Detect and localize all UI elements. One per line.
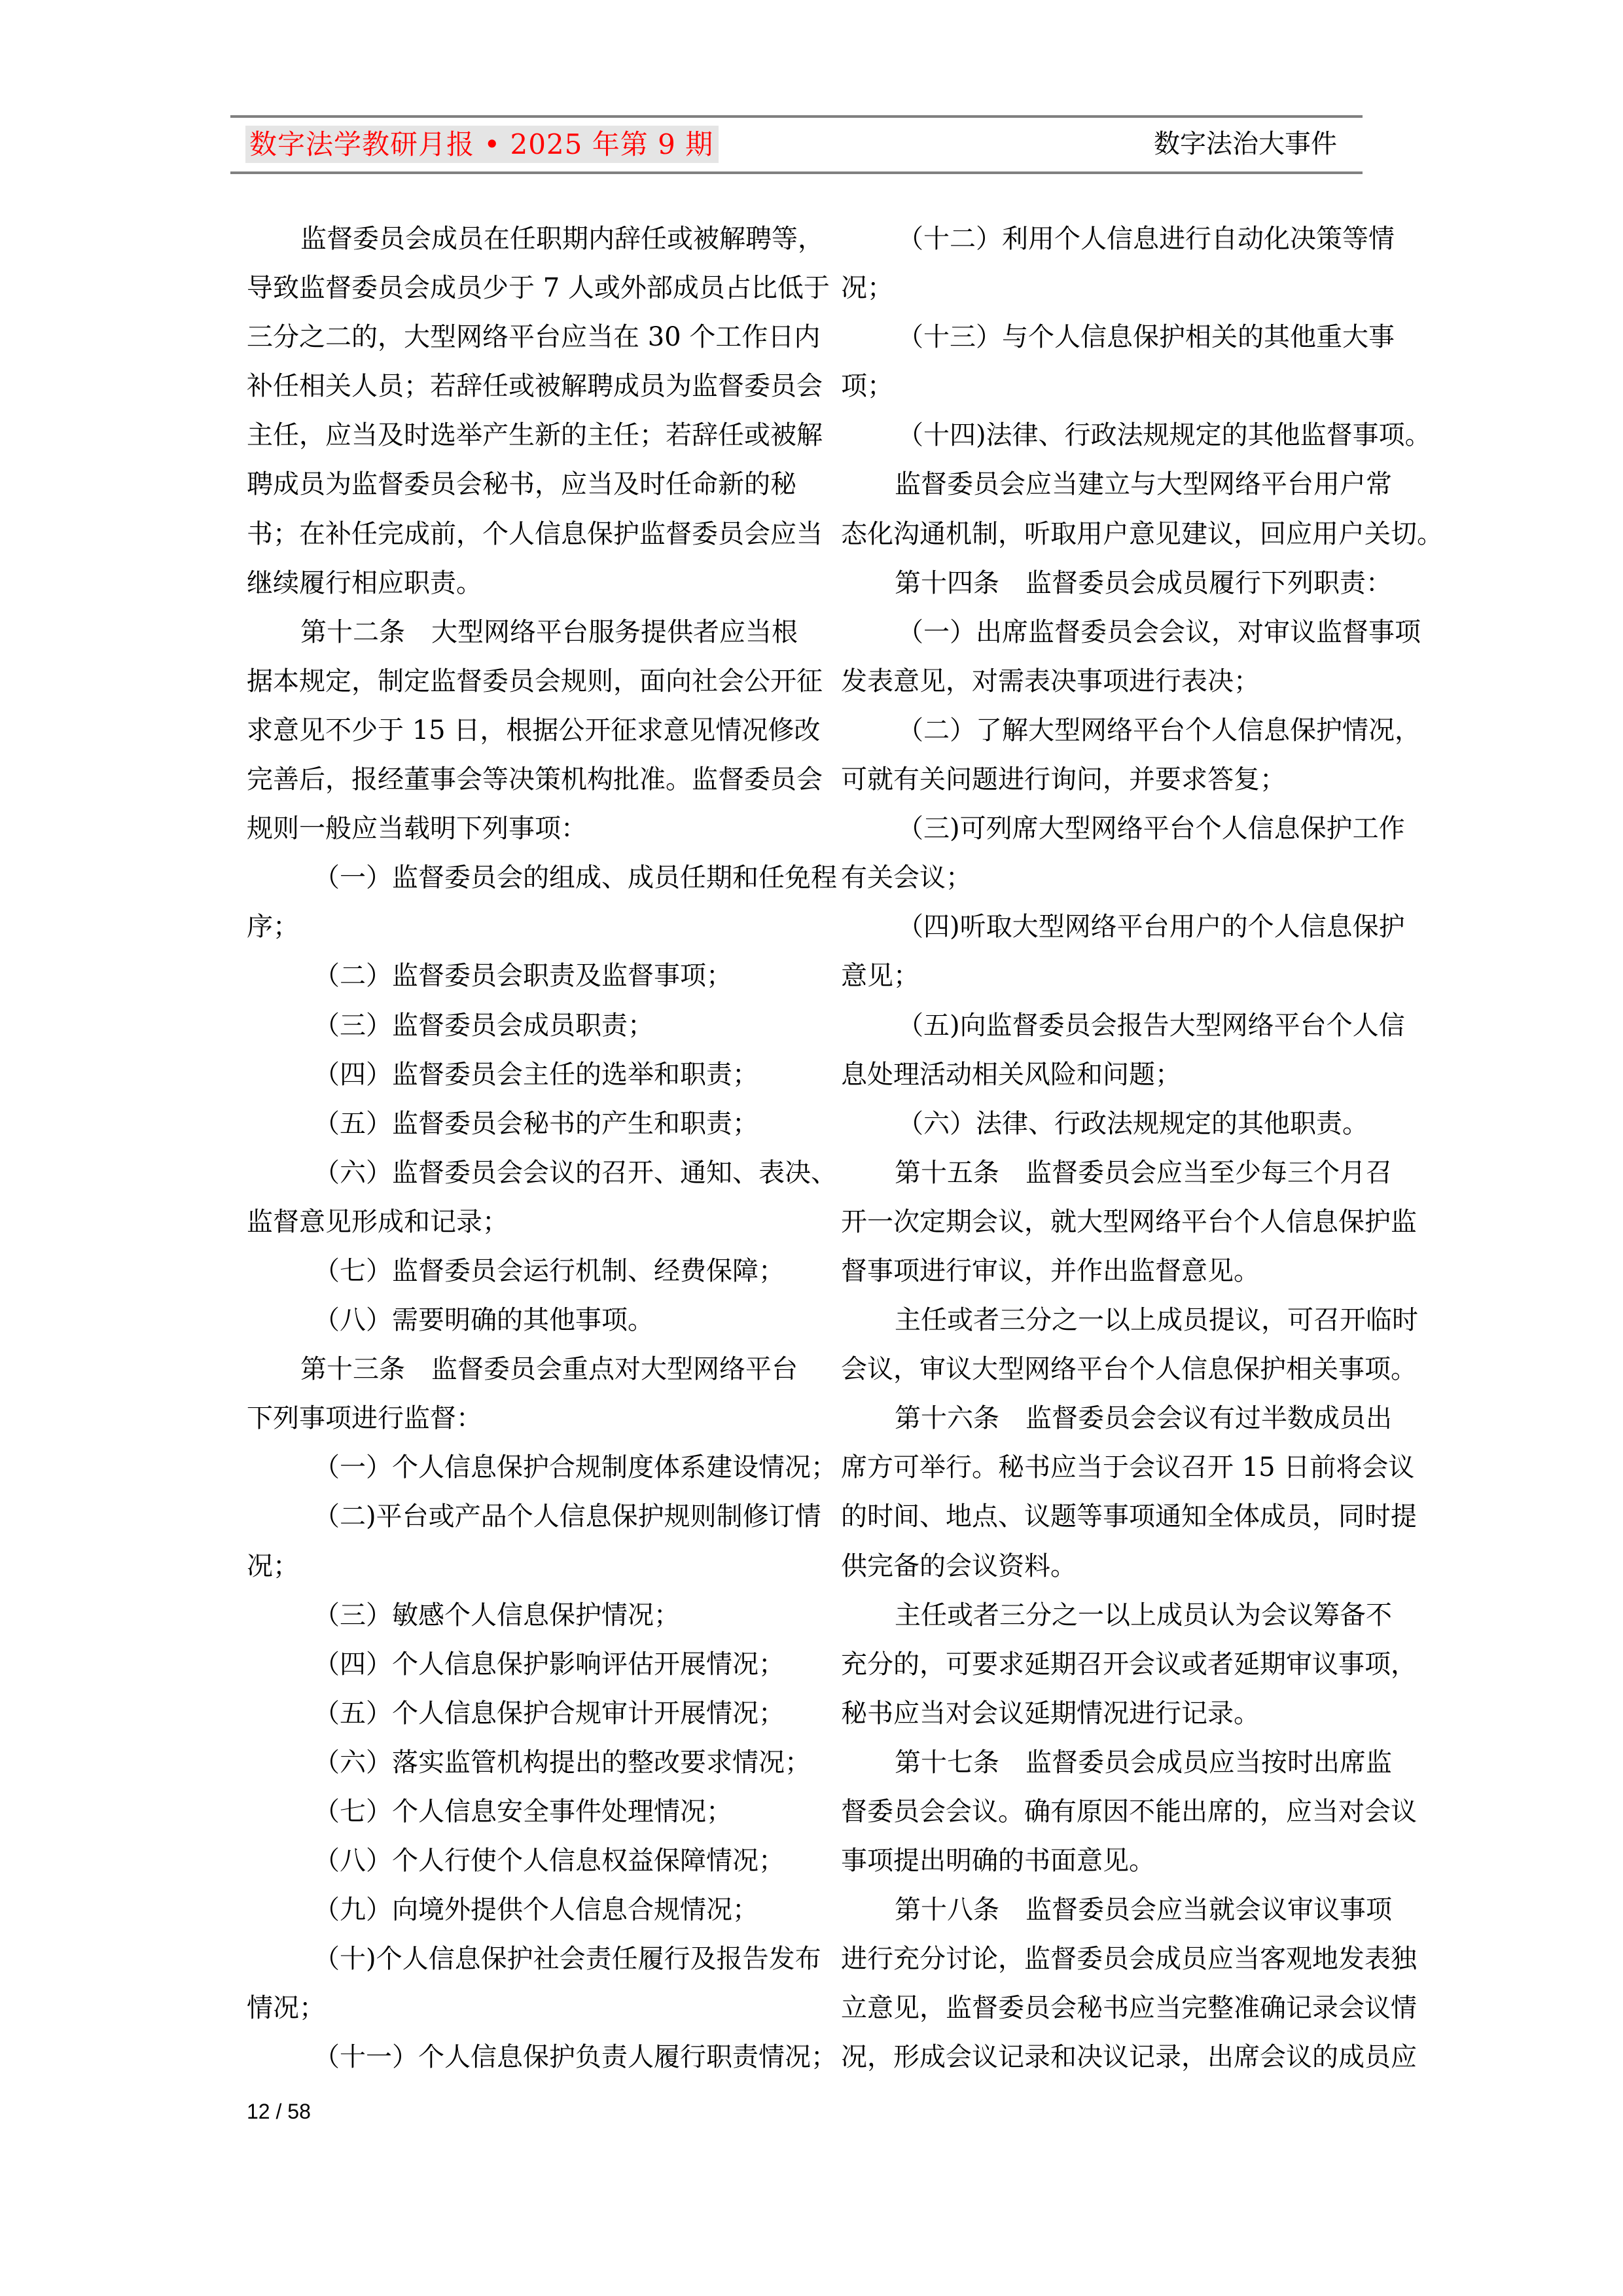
text-line: （三）监督委员会成员职责； xyxy=(247,1009,790,1058)
text-line: （三）敏感个人信息保护情况； xyxy=(247,1598,790,1647)
text-line: （一）出席监督委员会会议，对审议监督事项 xyxy=(841,615,1364,664)
text-line: （六）法律、行政法规规定的其他职责。 xyxy=(841,1107,1364,1156)
text-line: 主任，应当及时选举产生新的主任；若辞任或被解 xyxy=(247,418,790,467)
page-number: 12 / 58 xyxy=(247,2100,311,2123)
text-line: 有关会议； xyxy=(841,861,1364,910)
text-line: 聘成员为监督委员会秘书，应当及时任命新的秘 xyxy=(247,467,790,516)
header-rule-top xyxy=(230,115,1363,118)
right-column: （十二）利用个人信息进行自动化决策等情况；（十三）与个人信息保护相关的其他重大事… xyxy=(841,222,1364,2090)
text-line: 项； xyxy=(841,369,1364,418)
text-line: 继续履行相应职责。 xyxy=(247,566,790,615)
text-line: （四)听取大型网络平台用户的个人信息保护 xyxy=(841,910,1364,959)
text-line: （四）个人信息保护影响评估开展情况； xyxy=(247,1647,790,1696)
section-title: 数字法治大事件 xyxy=(1154,126,1337,163)
text-line: 第十四条 监督委员会成员履行下列职责： xyxy=(841,566,1364,615)
text-line: 书；在补任完成前，个人信息保护监督委员会应当 xyxy=(247,517,790,566)
text-line: 第十二条 大型网络平台服务提供者应当根 xyxy=(247,615,790,664)
text-line: 三分之二的，大型网络平台应当在 30 个工作日内 xyxy=(247,320,790,369)
text-line: 况； xyxy=(841,271,1364,320)
text-line: （十)个人信息保护社会责任履行及报告发布 xyxy=(247,1942,790,1991)
text-line: 下列事项进行监督： xyxy=(247,1401,790,1450)
text-line: 督委员会会议。确有原因不能出席的，应当对会议 xyxy=(841,1795,1364,1844)
text-line: 主任或者三分之一以上成员认为会议筹备不 xyxy=(841,1598,1364,1647)
text-line: （十一）个人信息保护负责人履行职责情况； xyxy=(247,2040,790,2089)
text-line: 意见； xyxy=(841,959,1364,1008)
text-line: 据本规定，制定监督委员会规则，面向社会公开征 xyxy=(247,664,790,713)
text-line: 进行充分讨论，监督委员会成员应当客观地发表独 xyxy=(841,1942,1364,1991)
text-line: （五）个人信息保护合规审计开展情况； xyxy=(247,1696,790,1746)
text-line: （八）需要明确的其他事项。 xyxy=(247,1303,790,1352)
text-line: （十三）与个人信息保护相关的其他重大事 xyxy=(841,320,1364,369)
text-line: （九）向境外提供个人信息合规情况； xyxy=(247,1893,790,1942)
text-line: 规则一般应当载明下列事项： xyxy=(247,812,790,861)
text-line: 求意见不少于 15 日，根据公开征求意见情况修改 xyxy=(247,713,790,762)
text-line: （六）监督委员会会议的召开、通知、表决、 xyxy=(247,1156,790,1205)
text-line: 会议，审议大型网络平台个人信息保护相关事项。 xyxy=(841,1352,1364,1401)
text-line: 导致监督委员会成员少于 7 人或外部成员占比低于 xyxy=(247,271,790,320)
masthead-title: 数字法学教研月报 • 2025 年第 9 期 xyxy=(245,126,719,163)
text-line: 立意见，监督委员会秘书应当完整准确记录会议情 xyxy=(841,1991,1364,2040)
text-line: 开一次定期会议，就大型网络平台个人信息保护监 xyxy=(841,1205,1364,1254)
text-line: （五）监督委员会秘书的产生和职责； xyxy=(247,1107,790,1156)
text-line: 态化沟通机制，听取用户意见建议，回应用户关切。 xyxy=(841,517,1364,566)
text-line: 情况； xyxy=(247,1991,790,2040)
header-rule-bottom xyxy=(230,171,1363,174)
text-line: （六）落实监管机构提出的整改要求情况； xyxy=(247,1746,790,1795)
text-line: 况，形成会议记录和决议记录，出席会议的成员应 xyxy=(841,2040,1364,2089)
text-line: 席方可举行。秘书应当于会议召开 15 日前将会议 xyxy=(841,1450,1364,1499)
text-line: （二）了解大型网络平台个人信息保护情况， xyxy=(841,713,1364,762)
text-line: （四）监督委员会主任的选举和职责； xyxy=(247,1058,790,1107)
text-line: 监督意见形成和记录； xyxy=(247,1205,790,1254)
text-line: （三)可列席大型网络平台个人信息保护工作 xyxy=(841,812,1364,861)
text-line: 况； xyxy=(247,1549,790,1598)
text-line: 第十五条 监督委员会应当至少每三个月召 xyxy=(841,1156,1364,1205)
text-line: （十二）利用个人信息进行自动化决策等情 xyxy=(841,222,1364,271)
text-line: 息处理活动相关风险和问题； xyxy=(841,1058,1364,1107)
text-line: 补任相关人员；若辞任或被解聘成员为监督委员会 xyxy=(247,369,790,418)
text-line: 第十八条 监督委员会应当就会议审议事项 xyxy=(841,1893,1364,1942)
text-line: （二)平台或产品个人信息保护规则制修订情 xyxy=(247,1499,790,1549)
text-line: 序； xyxy=(247,910,790,959)
text-line: 完善后，报经董事会等决策机构批准。监督委员会 xyxy=(247,762,790,812)
text-line: 发表意见，对需表决事项进行表决； xyxy=(841,664,1364,713)
text-line: （十四)法律、行政法规规定的其他监督事项。 xyxy=(841,418,1364,467)
text-line: 第十七条 监督委员会成员应当按时出席监 xyxy=(841,1746,1364,1795)
text-line: 的时间、地点、议题等事项通知全体成员，同时提 xyxy=(841,1499,1364,1549)
text-line: 监督委员会成员在任职期内辞任或被解聘等， xyxy=(247,222,790,271)
text-line: （一）监督委员会的组成、成员任期和任免程 xyxy=(247,861,790,910)
text-line: 事项提出明确的书面意见。 xyxy=(841,1844,1364,1893)
text-line: （二）监督委员会职责及监督事项； xyxy=(247,959,790,1008)
text-line: 秘书应当对会议延期情况进行记录。 xyxy=(841,1696,1364,1746)
text-line: （七）监督委员会运行机制、经费保障； xyxy=(247,1254,790,1303)
text-line: 监督委员会应当建立与大型网络平台用户常 xyxy=(841,467,1364,516)
text-line: （七）个人信息安全事件处理情况； xyxy=(247,1795,790,1844)
text-line: 主任或者三分之一以上成员提议，可召开临时 xyxy=(841,1303,1364,1352)
left-column: 监督委员会成员在任职期内辞任或被解聘等，导致监督委员会成员少于 7 人或外部成员… xyxy=(247,222,790,2090)
text-line: 可就有关问题进行询问，并要求答复； xyxy=(841,762,1364,812)
text-line: （八）个人行使个人信息权益保障情况； xyxy=(247,1844,790,1893)
text-line: 第十三条 监督委员会重点对大型网络平台 xyxy=(247,1352,790,1401)
text-line: 第十六条 监督委员会会议有过半数成员出 xyxy=(841,1401,1364,1450)
text-line: 供完备的会议资料。 xyxy=(841,1549,1364,1598)
text-line: 充分的，可要求延期召开会议或者延期审议事项， xyxy=(841,1647,1364,1696)
text-line: （一）个人信息保护合规制度体系建设情况； xyxy=(247,1450,790,1499)
text-line: 督事项进行审议，并作出监督意见。 xyxy=(841,1254,1364,1303)
text-line: （五)向监督委员会报告大型网络平台个人信 xyxy=(841,1009,1364,1058)
